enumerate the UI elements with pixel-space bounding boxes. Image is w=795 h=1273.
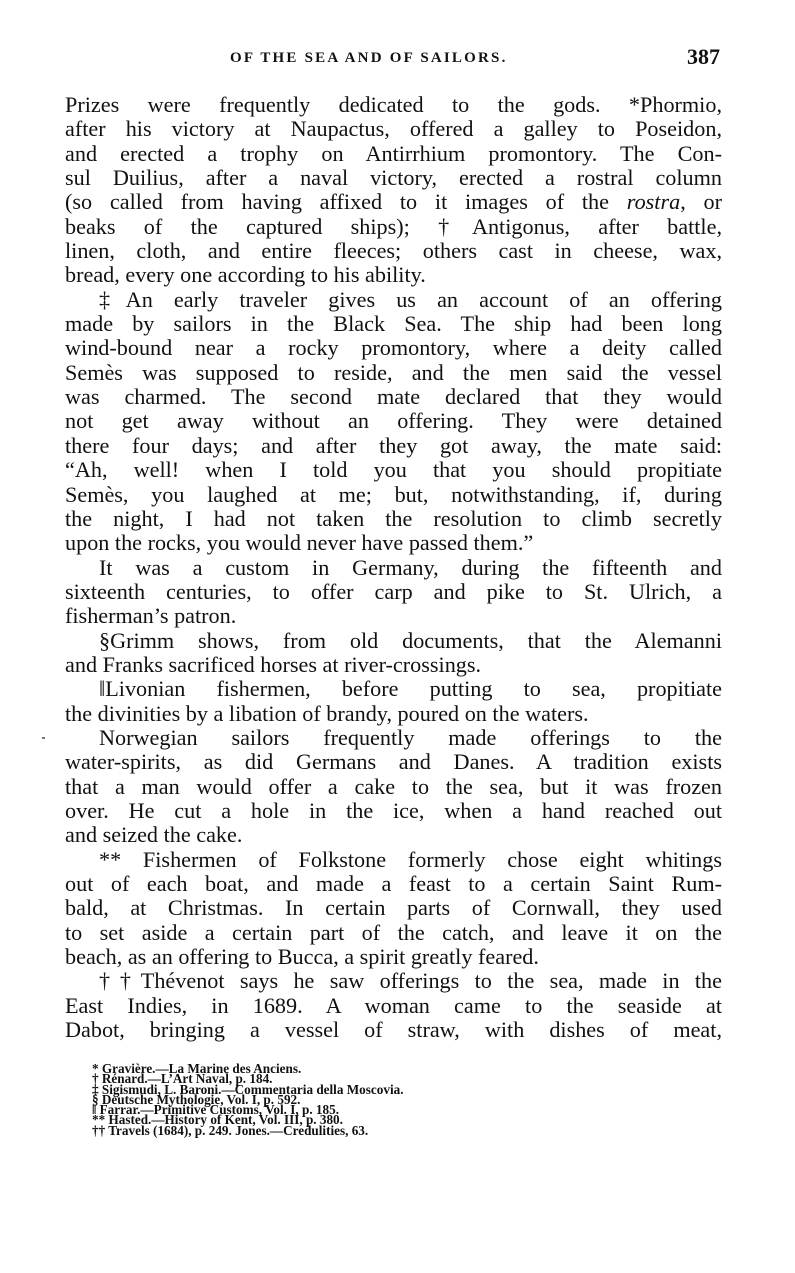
text-line: (so called from having affixed to it ima… <box>65 190 722 214</box>
text-line: Norwegian sailors frequently made offeri… <box>65 726 722 750</box>
running-title: OF THE SEA AND OF SAILORS. <box>230 50 508 67</box>
text-line: upon the rocks, you would never have pas… <box>65 531 722 555</box>
text-line: Prizes were frequently dedicated to the … <box>65 93 722 117</box>
text-line: out of each boat, and made a feast to a … <box>65 872 722 896</box>
book-page: OF THE SEA AND OF SAILORS. 387 Prizes we… <box>0 0 795 1273</box>
text-fragment: , or <box>680 189 722 214</box>
page-number: 387 <box>687 44 720 70</box>
text-line: to set aside a certain part of the catch… <box>65 921 722 945</box>
text-line: “Ah, well! when I told you that you shou… <box>65 458 722 482</box>
text-line: linen, cloth, and entire fleeces; others… <box>65 239 722 263</box>
text-line: wind-bound near a rocky promontory, wher… <box>65 336 722 360</box>
text-line: Semès was supposed to reside, and the me… <box>65 361 722 385</box>
footnotes: * Gravière.—La Marine des Anciens. † Rén… <box>92 1064 404 1136</box>
italic-word-rostra: rostra <box>627 189 680 214</box>
text-line: sul Duilius, after a naval victory, erec… <box>65 166 722 190</box>
text-line: fisherman’s patron. <box>65 604 722 628</box>
text-line: and Franks sacrificed horses at river-cr… <box>65 653 722 677</box>
text-line: ** Fishermen of Folkstone formerly chose… <box>65 848 722 872</box>
text-line: beach, as an offering to Bucca, a spirit… <box>65 945 722 969</box>
text-line: §Grimm shows, from old documents, that t… <box>65 629 722 653</box>
text-line: was charmed. The second mate declared th… <box>65 385 722 409</box>
text-line: that a man would offer a cake to the sea… <box>65 775 722 799</box>
body-text: Prizes were frequently dedicated to the … <box>65 93 722 1042</box>
footnote: †† Travels (1684), p. 249. Jones.—Credul… <box>92 1126 404 1136</box>
text-line: beaks of the captured ships); †Antigonus… <box>65 215 722 239</box>
text-line: made by sailors in the Black Sea. The sh… <box>65 312 722 336</box>
scan-speck <box>42 737 45 739</box>
text-line: there four days; and after they got away… <box>65 434 722 458</box>
text-line: the night, I had not taken the resolutio… <box>65 507 722 531</box>
text-fragment: (so called from having affixed to it ima… <box>65 189 627 214</box>
text-line: ††Thévenot says he saw offerings to the … <box>65 969 722 993</box>
text-line: and seized the cake. <box>65 823 722 847</box>
text-line: It was a custom in Germany, during the f… <box>65 556 722 580</box>
text-line: Dabot, bringing a vessel of straw, with … <box>65 1018 722 1042</box>
text-line: and erected a trophy on Antirrhium promo… <box>65 142 722 166</box>
text-line: Semès, you laughed at me; but, notwithst… <box>65 483 722 507</box>
text-line: water-spirits, as did Germans and Danes.… <box>65 750 722 774</box>
text-line: over. He cut a hole in the ice, when a h… <box>65 799 722 823</box>
text-line: sixteenth centuries, to offer carp and p… <box>65 580 722 604</box>
text-line: East Indies, in 1689. A woman came to th… <box>65 994 722 1018</box>
text-line: not get away without an offering. They w… <box>65 409 722 433</box>
text-line: after his victory at Naupactus, offered … <box>65 117 722 141</box>
text-line: ‡An early traveler gives us an account o… <box>65 288 722 312</box>
text-line: bread, every one according to his abilit… <box>65 263 722 287</box>
text-line: the divinities by a libation of brandy, … <box>65 702 722 726</box>
text-line: ‖Livonian fishermen, before putting to s… <box>65 677 722 701</box>
text-line: bald, at Christmas. In certain parts of … <box>65 896 722 920</box>
